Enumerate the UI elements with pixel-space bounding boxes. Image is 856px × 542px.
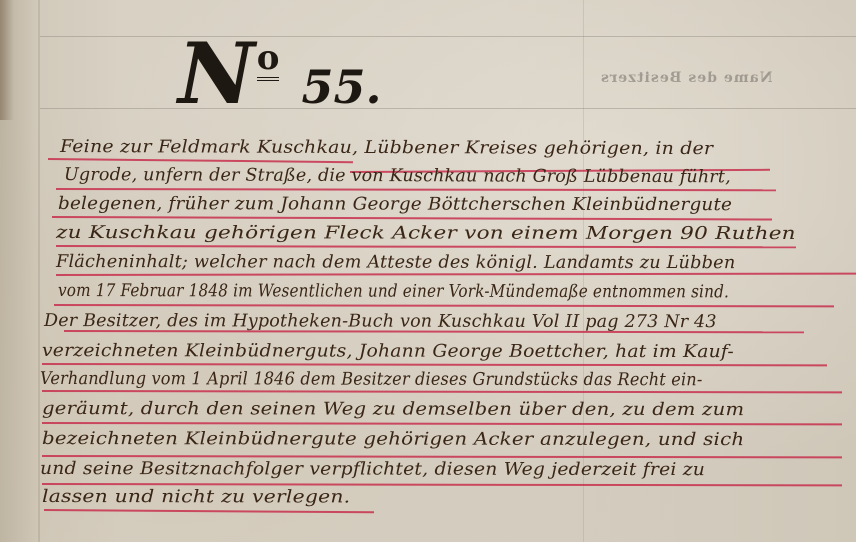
handwritten-line: lassen und nicht zu verlegen. (42, 486, 350, 508)
handwritten-line: bezeichneten Kleinbüdnergute gehörigen A… (42, 428, 744, 451)
handwritten-line: Feine zur Feldmark Kuschkau, Lübbener Kr… (60, 136, 713, 160)
handwritten-line: Verhandlung vom 1 April 1846 dem Besitze… (40, 368, 703, 391)
numero-superscript: o (257, 41, 280, 81)
handwritten-line: Flächeninhalt; welcher nach dem Atteste … (56, 251, 735, 274)
numero-symbol: N (178, 32, 251, 116)
entry-number: N o 55. (178, 16, 382, 116)
handwritten-line: verzeichneten Kleinbüdnerguts, Johann Ge… (42, 340, 734, 363)
red-rule (54, 304, 834, 307)
entry-digits: 55. (301, 64, 381, 110)
red-rule (56, 245, 796, 248)
red-rule (44, 509, 374, 513)
red-rule (56, 188, 776, 191)
handwritten-line: und seine Besitznachfolger verpflichtet,… (40, 458, 705, 481)
handwritten-line: geräumt, durch den seinen Weg zu demselb… (42, 398, 744, 421)
handwritten-line: Ugrode, unfern der Straße, die von Kusch… (64, 164, 731, 188)
handwritten-line: belegenen, früher zum Johann George Bött… (58, 193, 732, 216)
printed-rule (40, 108, 856, 109)
printed-rule (40, 36, 856, 37)
red-rule (42, 422, 842, 425)
red-rule (42, 363, 827, 366)
handwritten-line: zu Kuschkau gehörigen Fleck Acker von ei… (56, 222, 796, 245)
document-page: Name des Besitzers N o 55. Feine zur Fel… (0, 0, 856, 542)
handwritten-line: vom 17 Februar 1848 im Wesentlichen und … (58, 280, 729, 303)
bleed-through-heading: Name des Besitzers (600, 70, 772, 86)
binding-edge (0, 0, 14, 120)
handwritten-line: Der Besitzer, des im Hypotheken-Buch von… (44, 310, 717, 333)
red-rule (52, 216, 772, 221)
